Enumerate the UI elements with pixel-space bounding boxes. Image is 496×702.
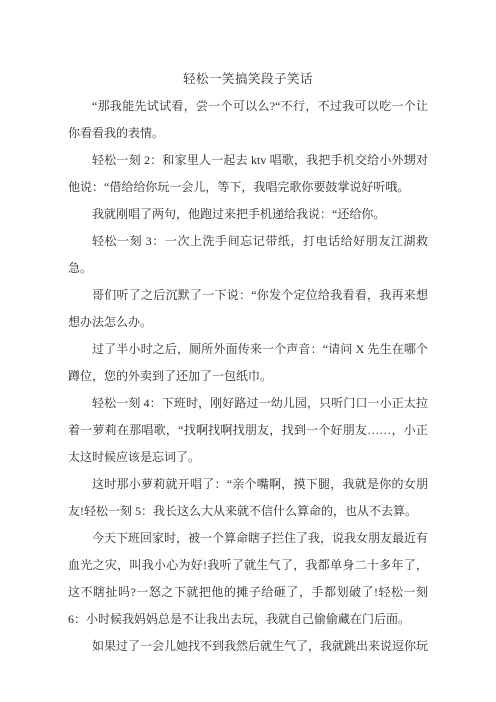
paragraph: 轻松一刻 3：一次上洗手间忘记带纸，打电话给好朋友江湖救急。 xyxy=(68,228,428,282)
paragraph: 轻松一刻 2：和家里人一起去 ktv 唱歌，我把手机交给小外甥对他说：“借给给你… xyxy=(68,147,428,201)
paragraph: 今天下班回家时，被一个算命瞎子拦住了我，说我女朋友最近有血光之灾，叫我小心为好!… xyxy=(68,525,428,633)
paragraph: “那我能先试试看，尝一个可以么?“不行，不过我可以吃一个让你看看我的表情。 xyxy=(68,93,428,147)
paragraph: 这时那小萝莉就开唱了：“亲个嘴啊，摸下腿，我就是你的女朋友!轻松一刻 5：我长这… xyxy=(68,471,428,525)
paragraph: 轻松一刻 4：下班时，刚好路过一幼儿园，只听门口一小正太拉着一萝莉在那唱歌，“找… xyxy=(68,390,428,471)
document-title: 轻松一笑搞笑段子笑话 xyxy=(68,66,428,93)
paragraph: 过了半小时之后，厕所外面传来一个声音：“请问 X 先生在哪个蹲位，您的外卖到了还… xyxy=(68,336,428,390)
paragraph: 我就刚唱了两句，他跑过来把手机递给我说：“还给你。 xyxy=(68,201,428,228)
paragraph: 哥们听了之后沉默了一下说：“你发个定位给我看看，我再来想想办法怎么办。 xyxy=(68,282,428,336)
paragraph: 如果过了一会儿她找不到我然后就生气了，我就跳出来说逗你玩 xyxy=(68,633,428,660)
document-page: 轻松一笑搞笑段子笑话 “那我能先试试看，尝一个可以么?“不行，不过我可以吃一个让… xyxy=(0,0,496,702)
